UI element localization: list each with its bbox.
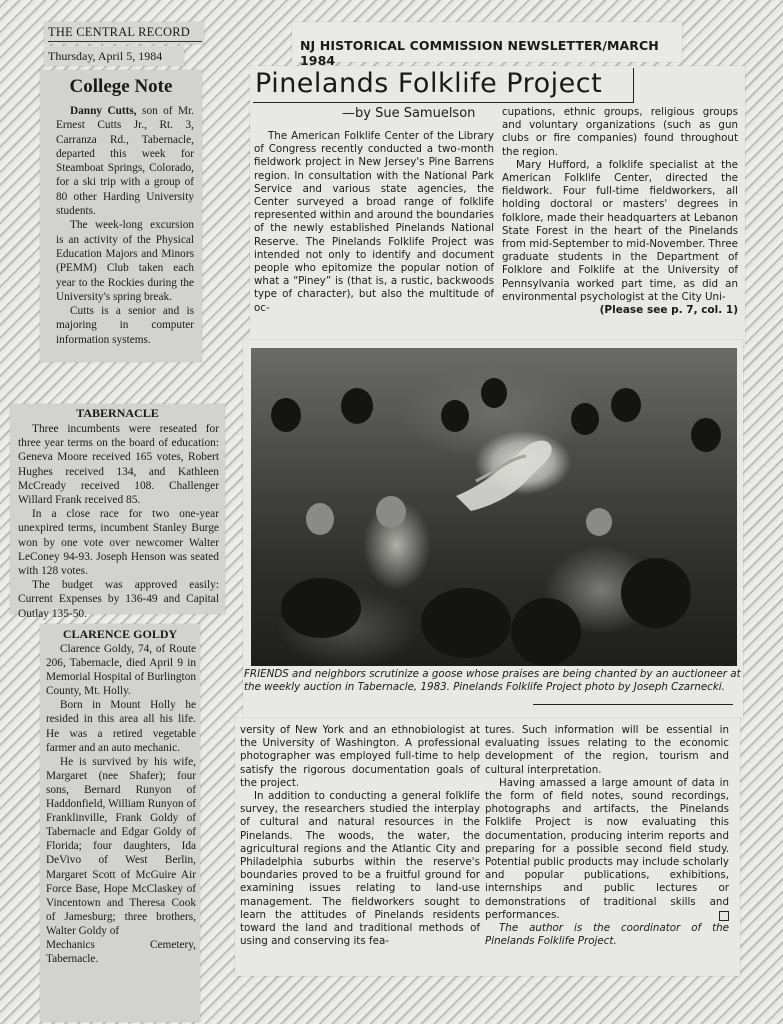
article-paragraph: In addition to conducting a general folk…: [240, 790, 480, 948]
article-paragraph: cupations, ethnic groups, religious grou…: [502, 106, 738, 159]
article-column-2: cupations, ethnic groups, religious grou…: [502, 106, 738, 317]
tabernacle-heading: TABERNACLE: [10, 406, 225, 421]
article-column-1: The American Folklife Center of the Libr…: [254, 130, 494, 315]
crowd-figure: [341, 388, 373, 424]
crowd-figure: [621, 558, 691, 628]
college-note-clipping: College Note Danny Cutts, son of Mr. Ern…: [40, 70, 202, 362]
crowd-figure: [271, 398, 301, 432]
college-note-paragraph: The week-long excursion is an activity o…: [56, 218, 194, 304]
tabernacle-paragraph: In a close race for two one-year unexpir…: [18, 507, 219, 578]
college-note-paragraph: Cutts is a senior and is majoring in com…: [56, 304, 194, 347]
central-record-masthead: THE CENTRAL RECORD: [44, 22, 204, 44]
photo-clipping: FRIENDS and neighbors scrutinize a goose…: [243, 340, 743, 718]
photo-caption: FRIENDS and neighbors scrutinize a goose…: [243, 668, 742, 694]
article-title-box: Pinelands Folklife Project: [253, 68, 634, 103]
crowd-figure: [611, 388, 641, 422]
article-paragraph: versity of New York and an ethnobiologis…: [240, 724, 480, 790]
crowd-figure: [306, 503, 334, 535]
article-paragraph: Having amassed a large amount of data in…: [485, 777, 729, 922]
obituary-body: Clarence Goldy, 74, of Route 206, Tabern…: [40, 642, 200, 966]
tabernacle-paragraph: Three incumbents were reseated for three…: [18, 422, 219, 507]
central-record-dateline: Thursday, April 5, 1984: [44, 46, 184, 66]
obituary-clipping: CLARENCE GOLDY Clarence Goldy, 74, of Ro…: [40, 624, 200, 1022]
author-note: The author is the coordinator of the Pin…: [485, 922, 729, 948]
article-column-3: versity of New York and an ethnobiologis…: [240, 724, 480, 948]
obituary-heading: CLARENCE GOLDY: [40, 627, 200, 642]
publication-date: Thursday, April 5, 1984: [48, 49, 162, 64]
college-note-heading: College Note: [40, 76, 202, 98]
obituary-paragraph: Clarence Goldy, 74, of Route 206, Tabern…: [46, 642, 196, 698]
obituary-paragraph: Mechanics Cemetery, Tabernacle.: [46, 938, 196, 966]
article-paragraph: Mary Hufford, a folklife specialist at t…: [502, 159, 738, 304]
crowd-figure: [376, 496, 406, 528]
goose-illustration: [451, 426, 561, 516]
tabernacle-paragraph: The budget was approved easily: Current …: [18, 578, 219, 621]
obituary-paragraph: He is survived by his wife, Margaret (ne…: [46, 755, 196, 938]
article-paragraph: tures. Such information will be essentia…: [485, 724, 729, 777]
continued-note: (Please see p. 7, col. 1): [502, 304, 738, 317]
article-paragraph: The American Folklife Center of the Libr…: [254, 130, 494, 315]
end-of-article-box-icon: [719, 911, 729, 921]
obituary-paragraph: Born in Mount Holly he resided in this a…: [46, 698, 196, 754]
masthead-rule: [48, 41, 202, 42]
crowd-figure: [281, 578, 361, 638]
crowd-figure: [571, 403, 599, 435]
newsletter-header: NJ HISTORICAL COMMISSION NEWSLETTER/MARC…: [300, 38, 682, 68]
college-note-body: Danny Cutts, son of Mr. Ernest Cutts Jr.…: [40, 104, 202, 347]
tabernacle-body: Three incumbents were reseated for three…: [10, 422, 225, 621]
caption-underline: [533, 704, 733, 705]
article-column-4: tures. Such information will be essentia…: [485, 724, 729, 948]
newsletter-header-clipping: NJ HISTORICAL COMMISSION NEWSLETTER/MARC…: [292, 22, 682, 62]
article-title: Pinelands Folklife Project: [255, 68, 602, 99]
newspaper-name: THE CENTRAL RECORD: [48, 25, 190, 40]
auction-photo: [251, 348, 737, 666]
crowd-figure: [586, 508, 612, 536]
crowd-figure: [691, 418, 721, 452]
tabernacle-election-clipping: TABERNACLE Three incumbents were reseate…: [10, 404, 225, 614]
article-byline: —by Sue Samuelson: [342, 106, 475, 121]
crowd-figure: [481, 378, 507, 408]
college-note-lead-name: Danny Cutts,: [70, 105, 137, 117]
college-note-paragraph: Danny Cutts, son of Mr. Ernest Cutts Jr.…: [56, 104, 194, 218]
article-bottom-clipping: versity of New York and an ethnobiologis…: [235, 718, 740, 976]
crowd-figure: [511, 598, 581, 666]
article-top-clipping: Pinelands Folklife Project —by Sue Samue…: [250, 66, 745, 346]
crowd-figure: [421, 588, 511, 658]
